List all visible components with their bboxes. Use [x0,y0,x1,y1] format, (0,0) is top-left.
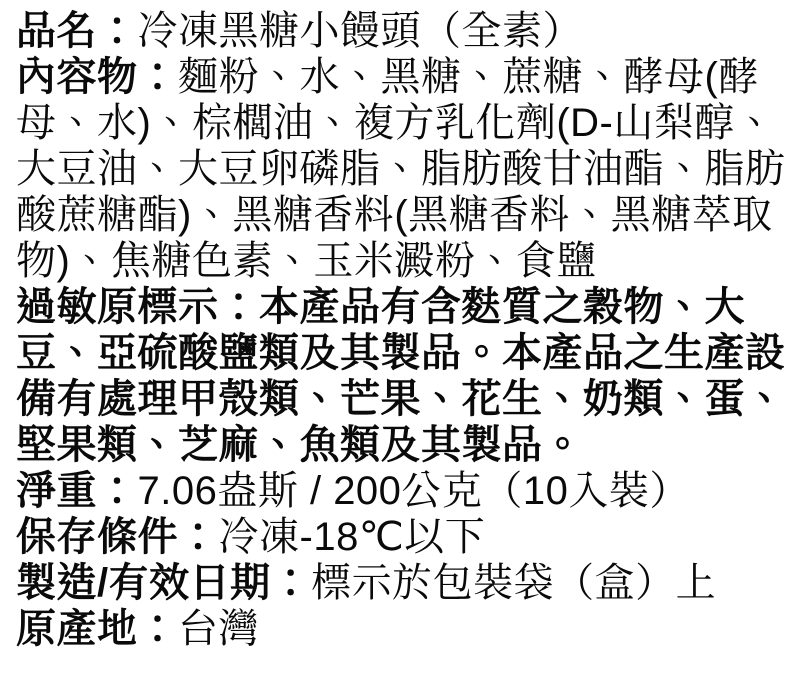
field-allergen-warning: 過敏原標示：本產品有含麩質之穀物、大豆、亞硫酸鹽類及其製品。本產品之生產設備有處… [16,284,788,468]
field-separator: ： [271,561,312,605]
field-value-origin: 台灣 [178,607,259,651]
field-label-manufacture-expiry-date: 製造/有效日期 [16,561,271,605]
product-label-sheet: 品名：冷凍黑糖小饅頭（全素）內容物：麵粉、水、黑糖、蔗糖、酵母(酵母、水)、棕櫚… [0,0,800,674]
field-product-name: 品名：冷凍黑糖小饅頭（全素） [16,8,788,54]
field-separator: ： [97,469,138,513]
field-separator: ： [97,9,138,53]
field-ingredients: 內容物：麵粉、水、黑糖、蔗糖、酵母(酵母、水)、棕櫚油、複方乳化劑(D-山梨醇、… [16,54,788,284]
field-value-product-name: 冷凍黑糖小饅頭（全素） [138,9,584,53]
field-separator: ： [138,55,179,99]
field-separator: ： [178,515,219,559]
field-label-net-weight: 淨重 [16,469,97,513]
field-value-net-weight: 7.06盎斯 / 200公克（10入裝） [138,469,690,513]
field-origin: 原產地：台灣 [16,606,788,652]
field-storage-condition: 保存條件：冷凍-18℃以下 [16,514,788,560]
field-value-manufacture-expiry-date: 標示於包裝袋（盒）上 [311,561,716,605]
field-label-product-name: 品名 [16,9,97,53]
field-label-ingredients: 內容物 [16,55,138,99]
field-value-storage-condition: 冷凍-18℃以下 [219,515,486,559]
field-label-allergen-warning: 過敏原標示 [16,285,219,329]
field-separator: ： [138,607,179,651]
field-net-weight: 淨重：7.06盎斯 / 200公克（10入裝） [16,468,788,514]
field-manufacture-expiry-date: 製造/有效日期：標示於包裝袋（盒）上 [16,560,788,606]
field-separator: ： [219,285,260,329]
field-label-origin: 原產地 [16,607,138,651]
field-label-storage-condition: 保存條件 [16,515,178,559]
